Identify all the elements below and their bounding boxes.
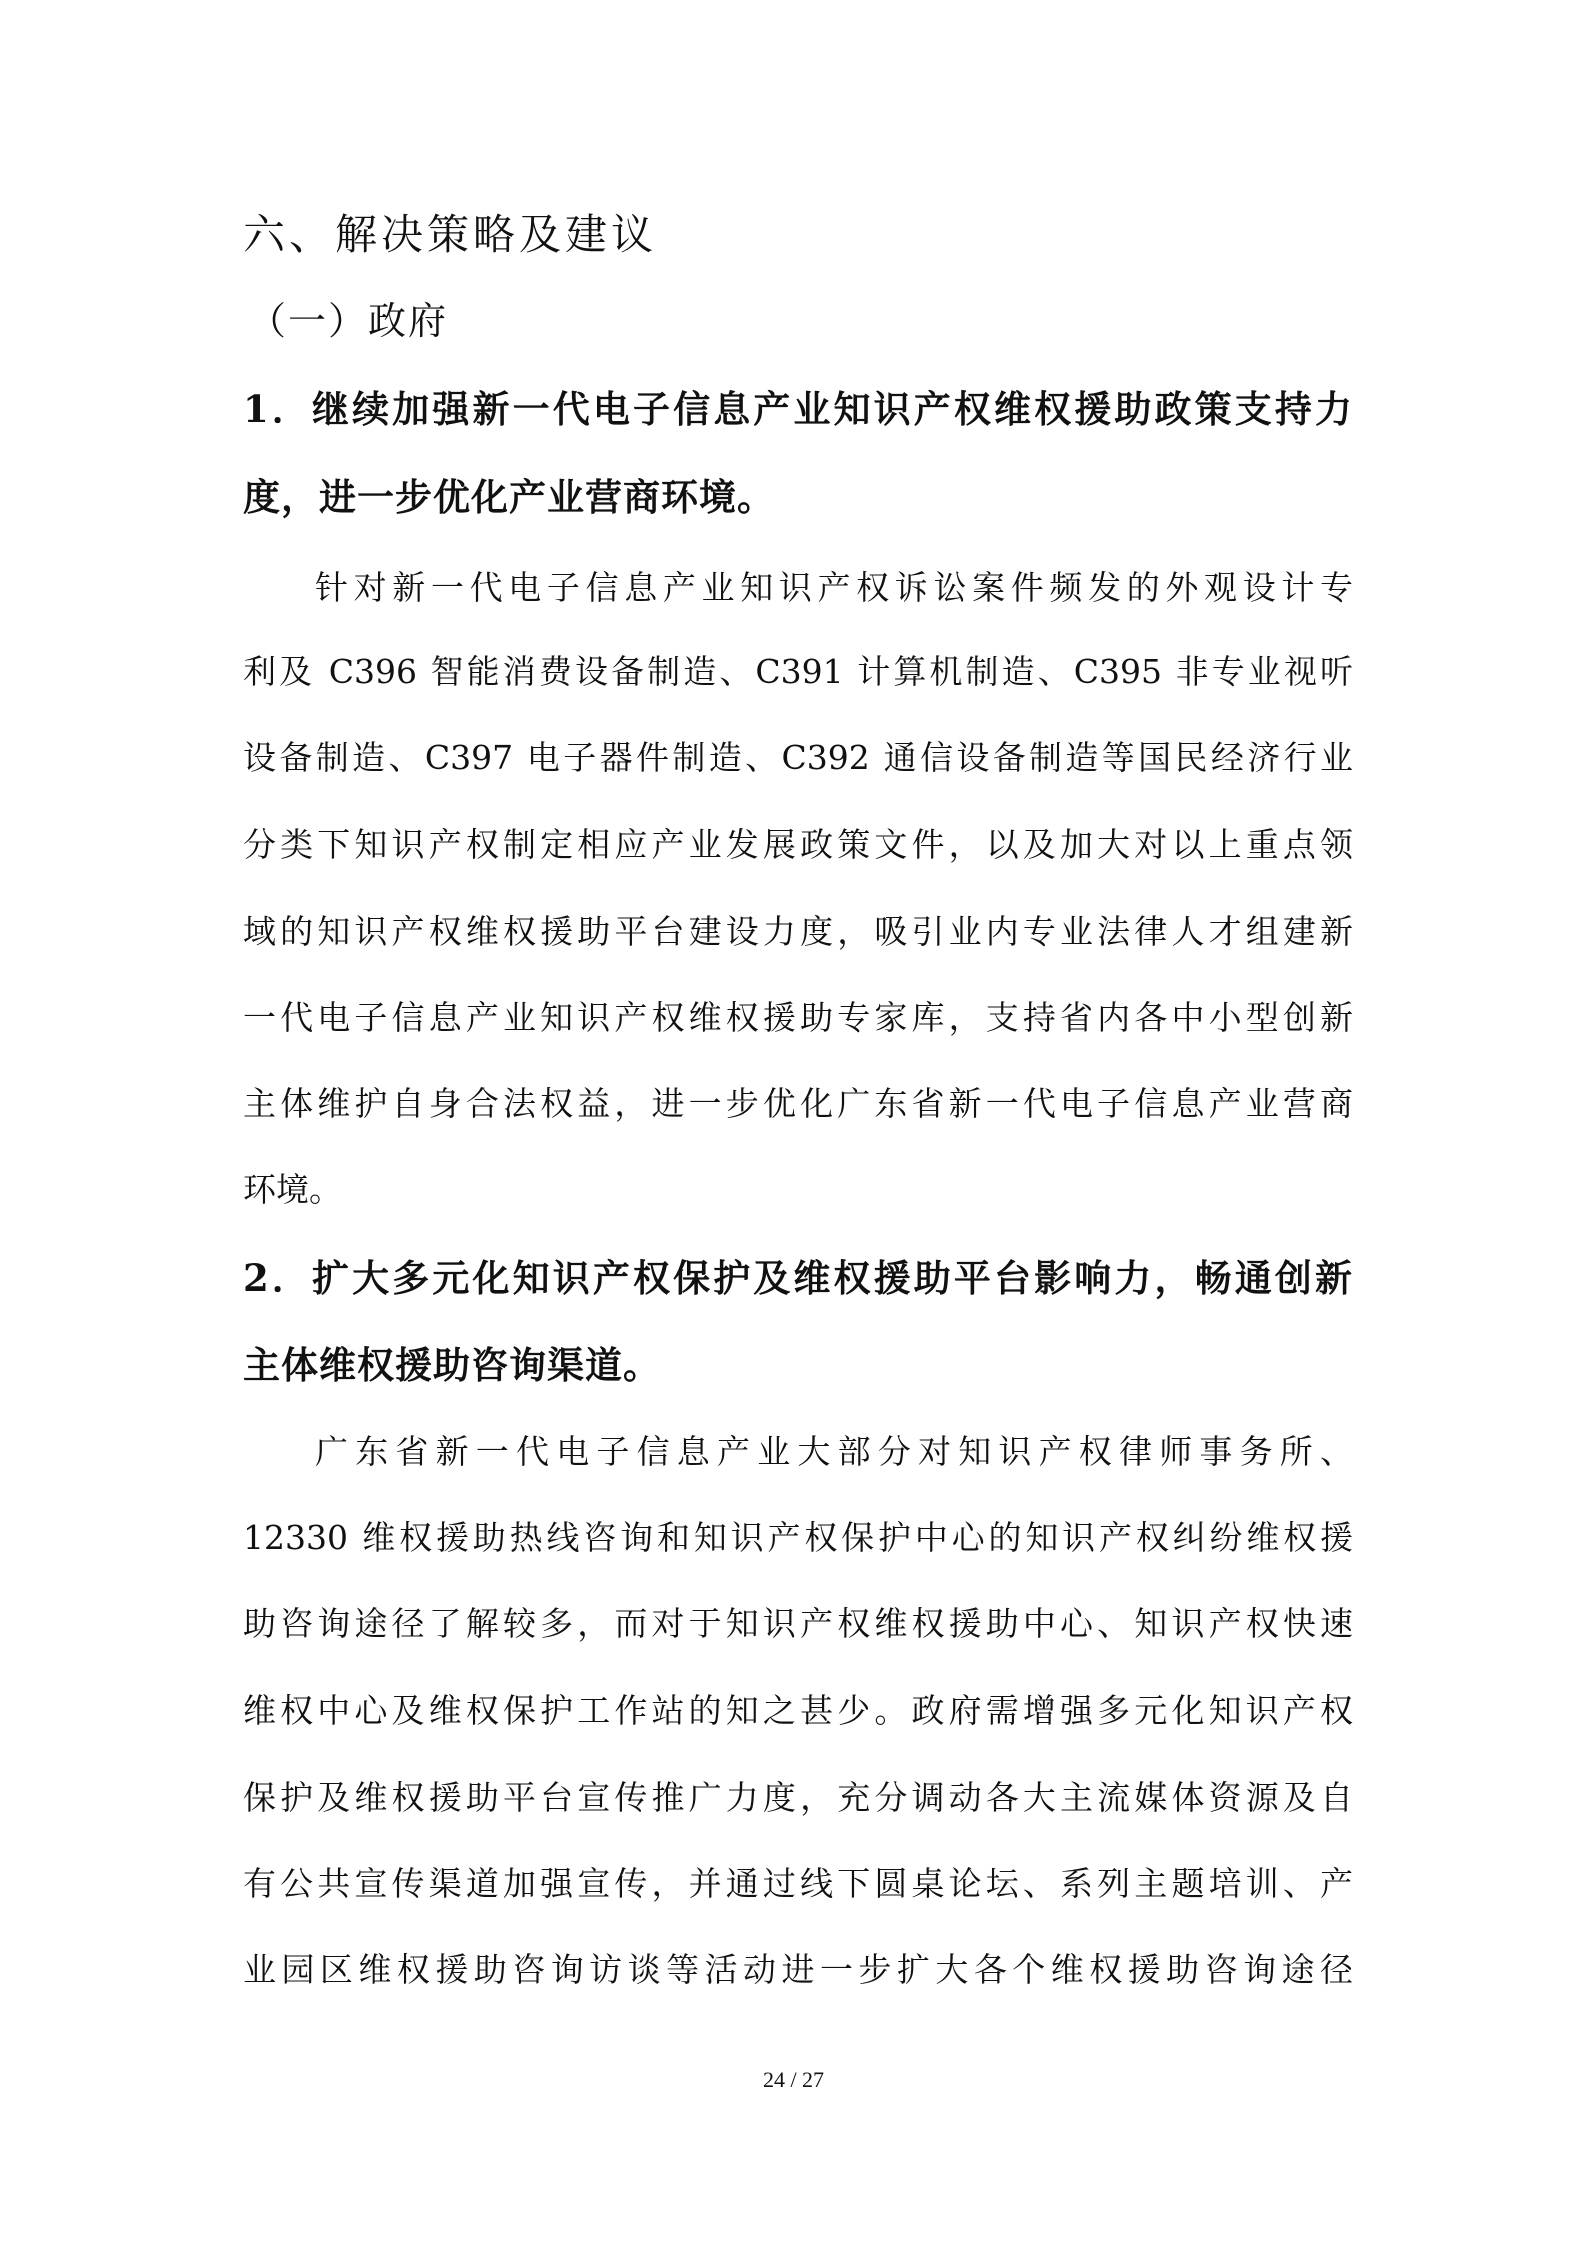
item-1-body-line: 域的知识产权维权援助平台建设力度，吸引业内专业法律人才组建新 [243,912,1353,952]
page-number: 24 / 27 [0,2067,1587,2093]
item-2-heading-line-1: 2．扩大多元化知识产权保护及维权援助平台影响力，畅通创新 [243,1255,1353,1301]
item-1-body-line: 利及 C396 智能消费设备制造、C391 计算机制造、C395 非专业视听 [243,652,1353,692]
item-2-body-line: 有公共宣传渠道加强宣传，并通过线下圆桌论坛、系列主题培训、产 [243,1864,1353,1904]
section-heading: 六、解决策略及建议 [243,210,1353,260]
item-2-body-line: 维权中心及维权保护工作站的知之甚少。政府需增强多元化知识产权 [243,1691,1353,1731]
subsection-heading: （一）政府 [248,298,1358,344]
item-2-body-line: 保护及维权援助平台宣传推广力度，充分调动各大主流媒体资源及自 [243,1778,1353,1818]
item-1-body-line: 针对新一代电子信息产业知识产权诉讼案件频发的外观设计专 [243,568,1353,608]
document-page: 六、解决策略及建议 （一）政府 1．继续加强新一代电子信息产业知识产权维权援助政… [0,0,1587,2245]
item-1-body-line: 环境。 [243,1170,1353,1210]
item-2-body-line: 业园区维权援助咨询访谈等活动进一步扩大各个维权援助咨询途径 [243,1950,1353,1990]
item-2-body-line: 12330 维权援助热线咨询和知识产权保护中心的知识产权纠纷维权援 [243,1518,1353,1558]
item-1-body-line: 主体维护自身合法权益，进一步优化广东省新一代电子信息产业营商 [243,1084,1353,1124]
item-2-body-line: 助咨询途径了解较多，而对于知识产权维权援助中心、知识产权快速 [243,1604,1353,1644]
item-1-heading-line-1: 1．继续加强新一代电子信息产业知识产权维权援助政策支持力 [243,386,1353,432]
item-1-body-line: 设备制造、C397 电子器件制造、C392 通信设备制造等国民经济行业 [243,738,1353,778]
item-1-heading-line-2: 度，进一步优化产业营商环境。 [243,474,1353,520]
item-1-body-line: 一代电子信息产业知识产权维权援助专家库，支持省内各中小型创新 [243,998,1353,1038]
item-2-heading-line-2: 主体维权援助咨询渠道。 [243,1342,1353,1388]
item-2-body-line: 广东省新一代电子信息产业大部分对知识产权律师事务所、 [243,1432,1353,1472]
item-1-body-line: 分类下知识产权制定相应产业发展政策文件，以及加大对以上重点领 [243,825,1353,865]
